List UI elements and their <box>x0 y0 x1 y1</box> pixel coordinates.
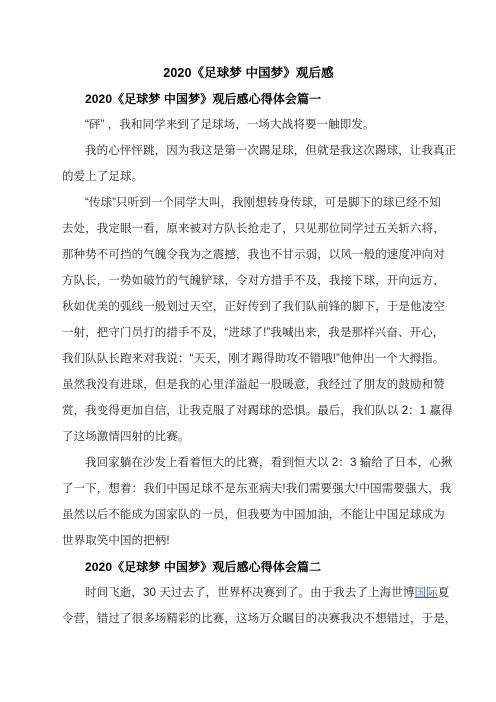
text-run: 一射，把守门员打的措手不及，“进球了!”我喊出来，我是那样兴奋、开心， <box>62 327 444 339</box>
text-run: 赏，我变得更加自信，让我克服了对踢球的恐惧。最后，我们队以 2：1 赢得 <box>62 405 453 417</box>
section-heading: 2020《足球梦 中国梦》观后感心得体会篇一 <box>62 86 435 112</box>
document-line: 一射，把守门员打的措手不及，“进球了!”我喊出来，我是那样兴奋、开心， <box>62 320 435 346</box>
document-line: 赏，我变得更加自信，让我克服了对踢球的恐惧。最后，我们队以 2：1 赢得 <box>62 398 435 424</box>
section-heading: 2020《足球梦 中国梦》观后感心得体会篇二 <box>62 554 435 580</box>
document-line: “传球”只听到一个同学大叫，我刚想转身传球，可是脚下的球已经不知 <box>62 190 435 216</box>
text-run: 那种势不可挡的气魄令我为之震撼，我也不甘示弱，以风一般的速度冲向对 <box>62 249 445 261</box>
text-run: “传球”只听到一个同学大叫，我刚想转身传球，可是脚下的球已经不知 <box>85 197 441 209</box>
document-line: 令营，错过了很多场精彩的比赛，这场万众瞩目的决赛我决不想错过，于是， <box>62 606 435 632</box>
text-run: 我回家躺在沙发上看着恒大的比赛，看到恒大以 2：3 输给了日本，心揪 <box>85 457 453 469</box>
document-line: 的爱上了足球。 <box>62 164 435 190</box>
text-run: 方队长，一势如破竹的气魄铲球，令对方措手不及，我接下球，开向远方， <box>62 275 445 287</box>
text-run: 了这场激情四射的比赛。 <box>62 431 190 443</box>
document-line: 秋如优美的弧线一般划过天空，正好传到了我们队前锋的脚下，于是他凌空 <box>62 294 435 320</box>
text-run: 去处，我定眼一看，原来被对方队长抢走了，只见那位同学过五关斩六将， <box>62 223 445 235</box>
document-line: “砰” ，我和同学来到了足球场，一场大战将要一触即发。 <box>62 112 435 138</box>
text-run: 虽然以后不能成为国家队的一员，但我要为中国加油，不能让中国足球成为 <box>62 509 445 521</box>
document-line: 我的心怦怦跳，因为我这是第一次踢足球，但就是我这次踢球，让我真正 <box>62 138 435 164</box>
text-run: 我的心怦怦跳，因为我这是第一次踢足球，但就是我这次踢球，让我真正 <box>85 145 456 157</box>
text-run: 夏 <box>438 587 450 599</box>
document-line: 那种势不可挡的气魄令我为之震撼，我也不甘示弱，以风一般的速度冲向对 <box>62 242 435 268</box>
hyperlink[interactable]: 国际 <box>414 587 437 599</box>
text-run: 了一下，想着：我们中国足球不是东亚病夫!我们需要强大!中国需要强大，我 <box>62 483 451 495</box>
document-line: 了这场激情四射的比赛。 <box>62 424 435 450</box>
document-line: 了一下，想着：我们中国足球不是东亚病夫!我们需要强大!中国需要强大，我 <box>62 476 435 502</box>
document-line: 我回家躺在沙发上看着恒大的比赛，看到恒大以 2：3 输给了日本，心揪 <box>62 450 435 476</box>
document-line: 虽然我没有进球，但是我的心里洋溢起一股暖意，我经过了朋友的鼓励和赞 <box>62 372 435 398</box>
text-run: 的爱上了足球。 <box>62 171 143 183</box>
document-body: 2020《足球梦 中国梦》观后感2020《足球梦 中国梦》观后感心得体会篇一“砰… <box>62 60 435 632</box>
document-line: 去处，我定眼一看，原来被对方队长抢走了，只见那位同学过五关斩六将， <box>62 216 435 242</box>
document-page: 2020《足球梦 中国梦》观后感2020《足球梦 中国梦》观后感心得体会篇一“砰… <box>0 0 496 702</box>
document-line: 虽然以后不能成为国家队的一员，但我要为中国加油，不能让中国足球成为 <box>62 502 435 528</box>
text-run: 2020《足球梦 中国梦》观后感 <box>163 66 333 80</box>
text-run: 我们队队长跑来对我说：“天天，刚才踢得助攻不错哦!”他伸出一个大拇指。 <box>62 353 444 365</box>
text-run: 2020《足球梦 中国梦》观后感心得体会篇二 <box>85 560 321 574</box>
document-line: 我们队队长跑来对我说：“天天，刚才踢得助攻不错哦!”他伸出一个大拇指。 <box>62 346 435 372</box>
text-run: 秋如优美的弧线一般划过天空，正好传到了我们队前锋的脚下，于是他凌空 <box>62 301 445 313</box>
text-run: 令营，错过了很多场精彩的比赛，这场万众瞩目的决赛我决不想错过，于是， <box>62 613 456 625</box>
text-run: 虽然我没有进球，但是我的心里洋溢起一股暖意，我经过了朋友的鼓励和赞 <box>62 379 445 391</box>
text-run: 世界取笑中国的把柄! <box>62 535 170 547</box>
document-line: 时间飞逝，30 天过去了，世界杯决赛到了。由于我去了上海世博国际夏 <box>62 580 435 606</box>
document-line: 方队长，一势如破竹的气魄铲球，令对方措手不及，我接下球，开向远方， <box>62 268 435 294</box>
text-run: 时间飞逝，30 天过去了，世界杯决赛到了。由于我去了上海世博 <box>85 587 414 599</box>
text-run: “砰” ，我和同学来到了足球场，一场大战将要一触即发。 <box>85 119 375 131</box>
text-run: 2020《足球梦 中国梦》观后感心得体会篇一 <box>85 92 321 106</box>
document-line: 世界取笑中国的把柄! <box>62 528 435 554</box>
document-title: 2020《足球梦 中国梦》观后感 <box>62 60 435 86</box>
